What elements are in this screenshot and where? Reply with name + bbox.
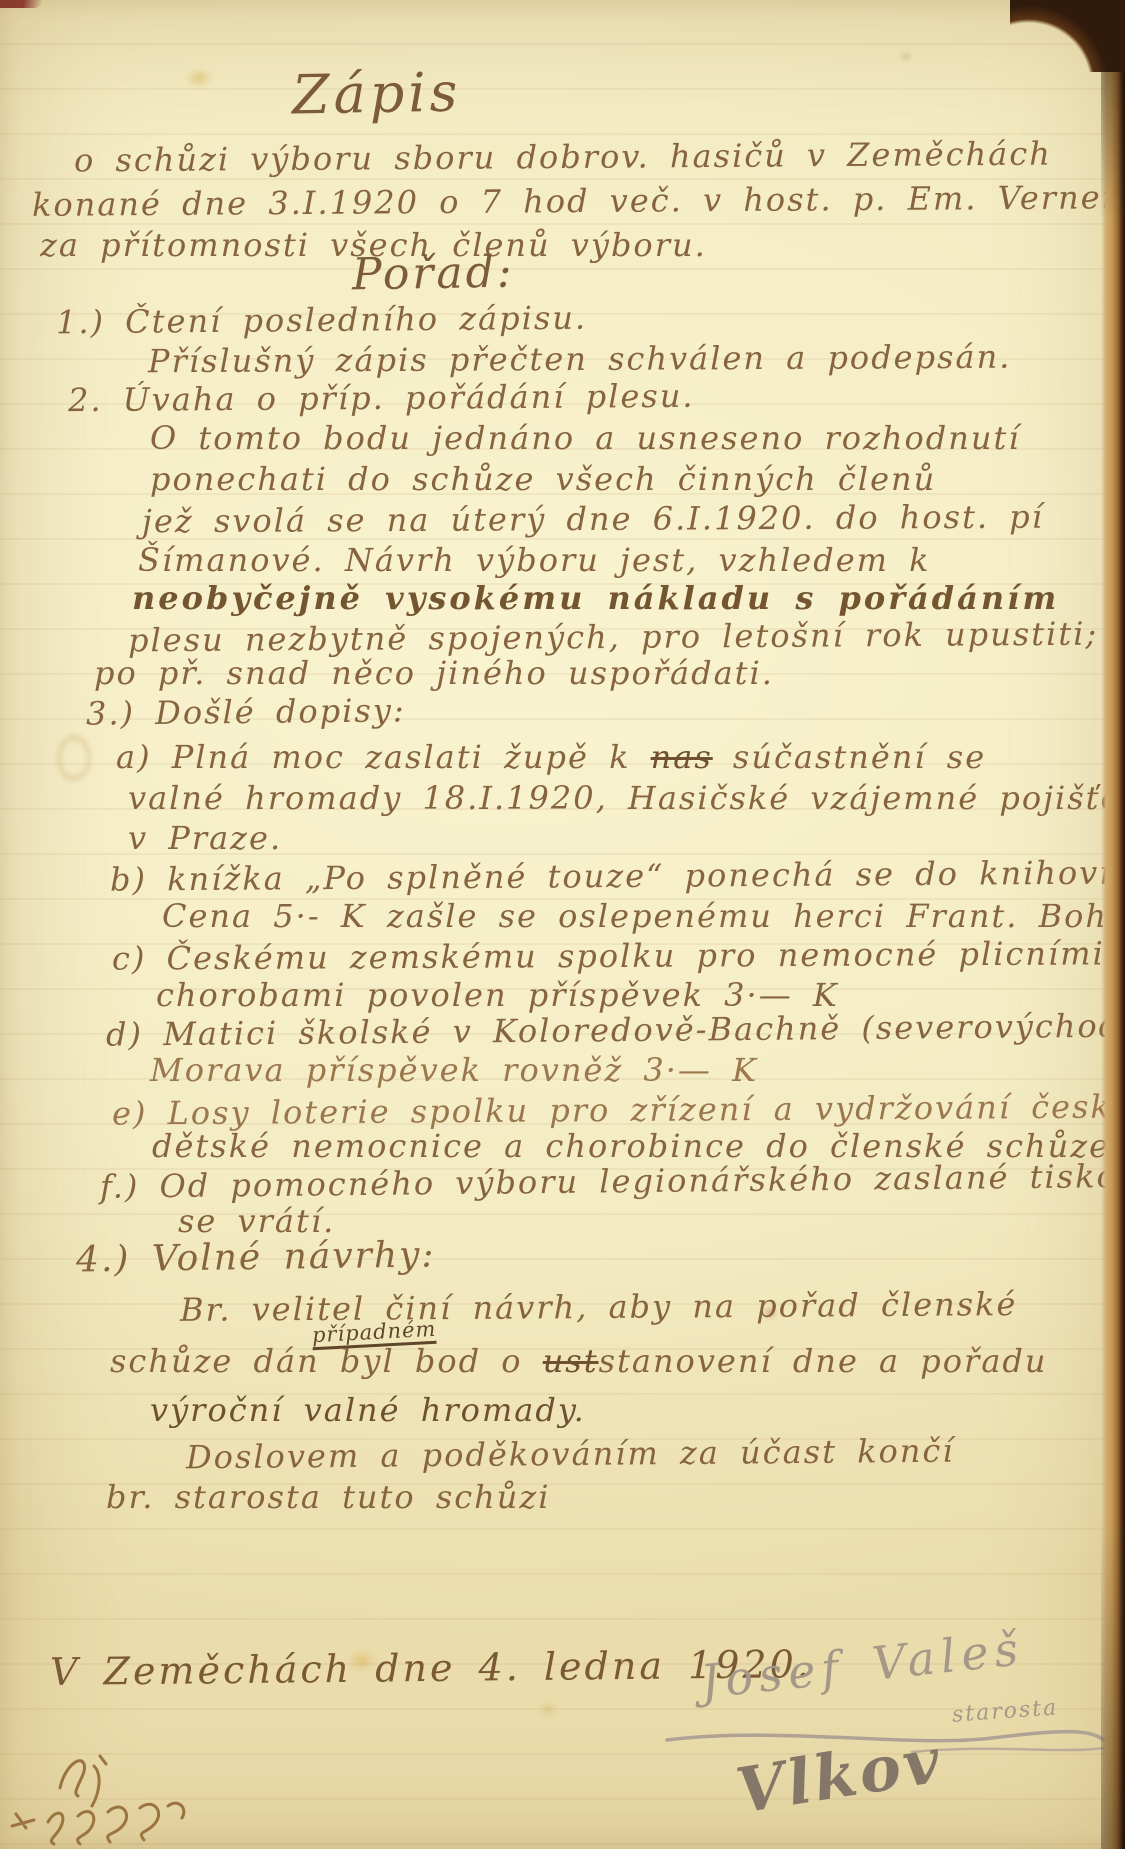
letter-item-a-line: valné hromady 18.I.1920, Hasičské vzájem… — [128, 781, 1125, 816]
paper-stain — [900, 52, 912, 61]
letter-item-a-line: a) Plná moc zaslati župě k nas súčastněn… — [116, 740, 986, 775]
closing-place-date: V Zeměchách dne 4. ledna 1920. — [50, 1644, 812, 1694]
book-binding-edge — [1101, 0, 1125, 1849]
agenda-item-2-body: po př. snad něco jiného uspořádati. — [94, 656, 774, 691]
agenda-item-4-heading: 4.) Volné návrhy: — [76, 1235, 436, 1280]
agenda-heading: Pořad: — [352, 249, 515, 300]
item4-text: schůze dán byl bod o — [110, 1342, 543, 1380]
letter-item-c-line: c) Českému zemskému spolku pro nemocné p… — [112, 936, 1105, 976]
agenda-item-2-body: Šímanové. Návrh výboru jest, vzhledem k — [138, 543, 931, 578]
crossed-out-word: ust — [543, 1342, 599, 1380]
agenda-item-4-body: schůze dán byl bod o uststanovení dne a … — [110, 1344, 1048, 1379]
signature-name: Josef Valeš — [698, 1623, 1026, 1707]
page-corner-dark — [1010, 0, 1125, 72]
agenda-item-1-heading: 1.) Čtení posledního zápisu. — [56, 301, 587, 341]
agenda-item-1-body: Příslušný zápis přečten schválen a podep… — [148, 340, 1012, 380]
pen-trial-scribble — [8, 1792, 198, 1849]
letter-item-e-line: e) Losy loterie spolku pro zřízení a vyd… — [112, 1089, 1125, 1131]
crossed-out-word: nas — [651, 738, 713, 776]
agenda-item-2-body: ponechati do schůze všech činných členů — [150, 462, 936, 497]
letter-a-text: a) Plná moc zaslati župě k — [116, 738, 651, 776]
top-left-edge-mark — [0, 0, 42, 8]
letter-item-a-line: v Praze. — [128, 821, 282, 856]
agenda-item-2-heading: 2. Úvaha o příp. pořádání plesu. — [68, 379, 695, 419]
agenda-item-4-body: Doslovem a poděkováním za účast končí — [186, 1434, 955, 1476]
letter-item-f-line: f.) Od pomocného výboru legionářského za… — [100, 1158, 1125, 1205]
letter-item-d-line: Morava příspěvek rovněž 3·— K — [150, 1053, 758, 1088]
agenda-item-4-body: br. starosta tuto schůzi — [106, 1480, 550, 1515]
letter-item-b-line: Cena 5·- K zašle se oslepenému herci Fra… — [162, 899, 1125, 934]
agenda-item-3-heading: 3.) Došlé dopisy: — [86, 693, 406, 732]
letter-a-text: súčastnění se — [713, 738, 986, 776]
letter-item-c-line: chorobami povolen příspěvek 3·— K — [156, 978, 839, 1013]
intro-line: konané dne 3.I.1920 o 7 hod več. v host.… — [32, 180, 1125, 223]
agenda-item-4-body: výroční valné hromady. — [150, 1393, 586, 1428]
paper-stain — [185, 68, 213, 88]
paper-stain — [538, 1702, 558, 1717]
letter-item-f-line: se vrátí. — [178, 1204, 335, 1239]
letter-item-b-line: b) knížka „Po splněné touze“ ponechá se … — [110, 855, 1125, 897]
manuscript-page: Zápis o schůzi výboru sboru dobrov. hasi… — [0, 0, 1125, 1849]
agenda-item-2-body: neobyčejně vysokému nákladu s pořádáním — [132, 581, 1059, 616]
paper-stain — [52, 728, 96, 788]
agenda-item-2-body: O tomto bodu jednáno a usneseno rozhodnu… — [150, 421, 1021, 456]
agenda-item-2-body: jež svolá se na úterý dne 6.I.1920. do h… — [142, 500, 1044, 540]
agenda-item-2-body: plesu nezbytně spojených, pro letošní ro… — [128, 617, 1098, 659]
document-title: Zápis — [291, 63, 461, 125]
agenda-item-4-body: Br. velitel činí návrh, aby na pořad čle… — [180, 1287, 1018, 1328]
letter-item-d-line: d) Matici školské v Koloredově-Bachně (s… — [106, 1008, 1125, 1052]
intro-line: o schůzi výboru sboru dobrov. hasičů v Z… — [74, 137, 1052, 179]
item4-text: stanovení dne a pořadu — [599, 1342, 1048, 1380]
